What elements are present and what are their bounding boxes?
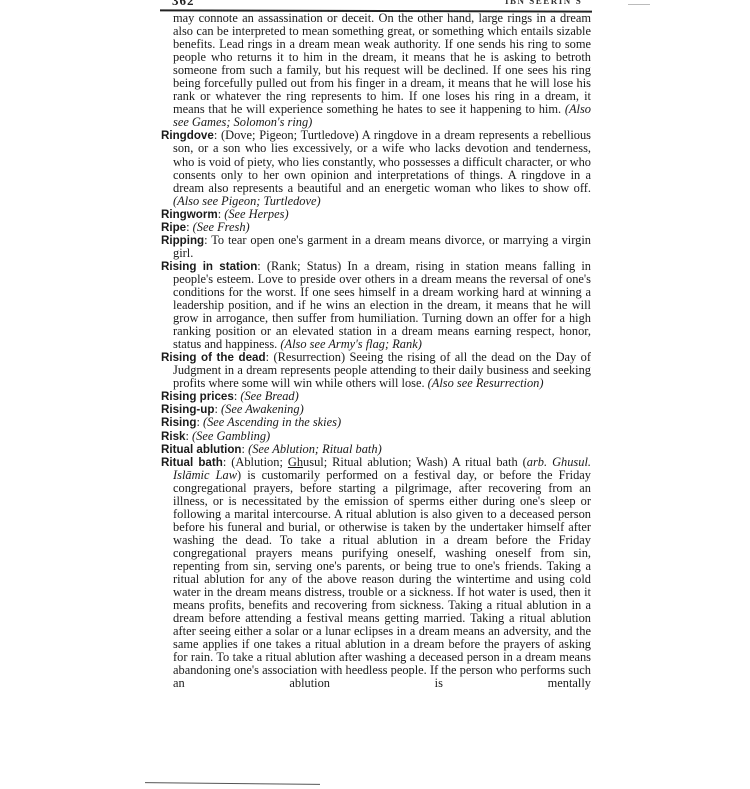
- cross-reference: (See Herpes): [224, 207, 288, 221]
- entry-ringdove: Ringdove: (Dove; Pigeon; Turtledove) A r…: [161, 129, 591, 207]
- footer-rule: [145, 782, 320, 785]
- colon: :: [214, 128, 221, 142]
- entry-headword: Risk: [161, 430, 186, 443]
- entry-headword: Rising of the dead: [161, 351, 266, 364]
- cross-reference: (Also see Army's flag; Rank): [280, 337, 421, 351]
- entry-body: may connote an assassination or deceit. …: [173, 11, 591, 116]
- dictionary-column: may connote an assassination or deceit. …: [161, 12, 591, 690]
- cross-reference: (See Ascending in the skies): [203, 415, 341, 429]
- entry-headword: Rising prices: [161, 390, 234, 403]
- entry-rising-in-station: Rising in station: (Rank; Status) In a d…: [161, 260, 591, 351]
- entry-ritual-bath: Ritual bath: (Ablution; Ghusul; Ritual a…: [161, 456, 591, 691]
- running-title: IBN SEERIN'S: [505, 0, 582, 6]
- entry-headword: Ripping: [161, 234, 204, 247]
- entry-rising-of-the-dead: Rising of the dead: (Resurrection) Seein…: [161, 351, 591, 390]
- page-number: 362: [172, 0, 195, 9]
- scan-mark: [628, 4, 650, 5]
- cross-reference: (See Awakening): [221, 402, 304, 416]
- entry-aliases: (Ablution;: [231, 455, 288, 469]
- colon: :: [266, 350, 274, 364]
- entry-headword: Ringworm: [161, 208, 218, 221]
- cross-reference: (See Bread): [240, 389, 298, 403]
- underlined-transliteration: Gh: [288, 455, 303, 469]
- entry-headword: Ringdove: [161, 129, 214, 142]
- cross-reference: (Also see Pigeon; Turtledove): [173, 194, 321, 208]
- entry-body: (Dove; Pigeon; Turtledove) A ringdove in…: [173, 128, 591, 194]
- entry-headword: Rising in station: [161, 260, 257, 273]
- entry-headword: Rising-up: [161, 403, 214, 416]
- cross-reference: (Also see Resurrection): [428, 376, 544, 390]
- continued-entry-text: may connote an assassination or deceit. …: [161, 12, 591, 129]
- colon: :: [257, 259, 267, 273]
- entry-headword: Ritual ablution: [161, 443, 242, 456]
- entry-headword: Rising: [161, 416, 196, 429]
- entry-body: ) is customarily performed on a festival…: [173, 468, 591, 691]
- cross-reference: (See Gambling): [192, 429, 270, 443]
- cross-reference: (See Ablution; Ritual bath): [248, 442, 382, 456]
- entry-aliases: usul; Ritual ablution; Wash) A ritual ba…: [303, 455, 527, 469]
- entry-body: To tear open one's garment in a dream me…: [173, 233, 591, 260]
- colon: :: [223, 455, 231, 469]
- entry-headword: Ripe: [161, 221, 186, 234]
- cross-reference: (See Fresh): [193, 220, 250, 234]
- entry-headword: Ritual bath: [161, 456, 223, 469]
- entry-ripping: Ripping: To tear open one's garment in a…: [161, 234, 591, 260]
